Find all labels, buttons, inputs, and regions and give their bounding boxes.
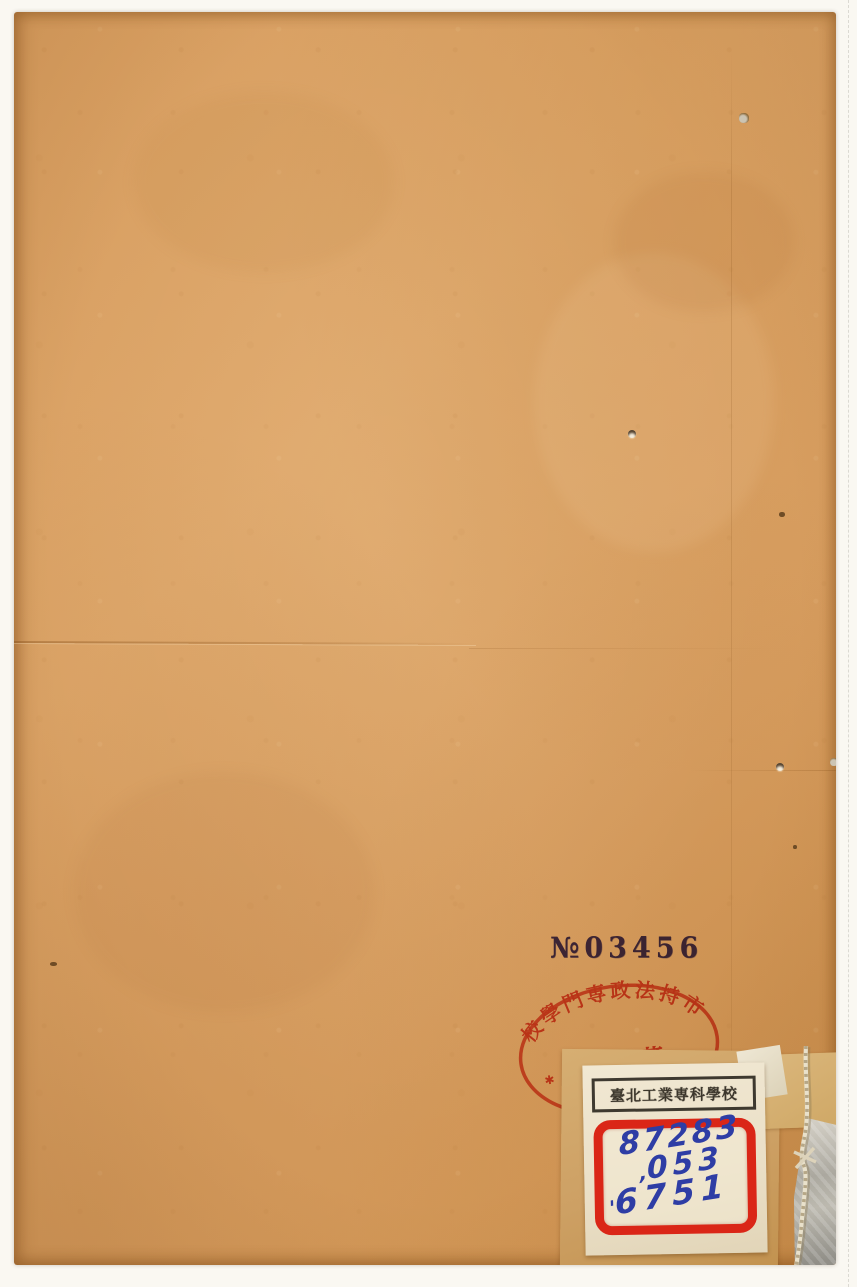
edge-nick	[830, 758, 836, 766]
scanner-edge-streak	[848, 0, 849, 1287]
paper-stain	[614, 172, 794, 312]
worm-hole	[776, 763, 784, 771]
horizontal-fold-crease	[14, 641, 476, 645]
call-number-red-frame: 87283 ,053 '6751	[593, 1118, 757, 1236]
aged-paper-cover: №03456 校學門専政法持市 處書藏 ✱ 臺北工業専科學校 87283	[14, 12, 836, 1265]
stamp-star-ornament: ✱	[544, 1072, 556, 1087]
scanned-book-cover: №03456 校學門専政法持市 處書藏 ✱ 臺北工業専科學校 87283	[0, 0, 857, 1287]
binding-string	[770, 1046, 824, 1265]
call-number-label: 臺北工業専科學校 87283 ,053 '6751	[582, 1062, 767, 1255]
horizontal-fold-crease-faint	[469, 648, 821, 649]
short-crease	[690, 770, 836, 771]
paper-stain	[134, 92, 394, 272]
school-name-box: 臺北工業専科學校	[592, 1076, 757, 1113]
ink-speck	[779, 512, 785, 517]
school-name-text: 臺北工業専科學校	[610, 1085, 738, 1105]
handwritten-call-number: 87283 ,053 '6751	[604, 1110, 753, 1220]
ink-speck	[793, 845, 797, 849]
worm-hole	[628, 430, 636, 438]
paper-stain	[534, 252, 774, 552]
edge-nick	[739, 113, 749, 123]
call-number-line-3: '6751	[608, 1167, 753, 1220]
paper-stain	[74, 772, 374, 1012]
stamp-arc-text: 校學門専政法持市	[510, 966, 713, 1050]
ink-speck	[50, 962, 57, 966]
